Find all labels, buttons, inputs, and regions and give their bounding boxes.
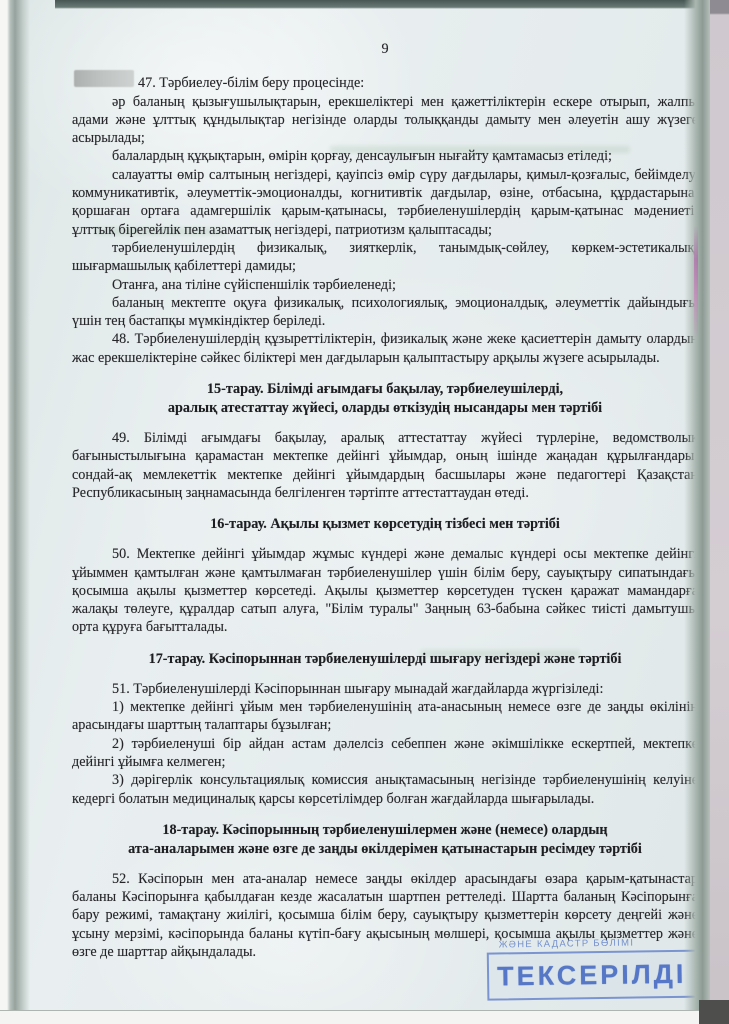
paragraph-47-intro: 47. Тәрбиелеу-білім беру процесінде: <box>72 74 698 92</box>
page-edge-right <box>684 0 710 1024</box>
stamp-status-text: ТЕКСЕРІЛДІ <box>497 958 687 992</box>
paragraph-47-sub-1: әр баланың қызығушылықтарын, ерекшелікте… <box>72 93 698 148</box>
page-number: 9 <box>72 40 698 58</box>
chapter-18-heading: 18-тарау. Кәсіпорынның тәрбиеленушілерме… <box>80 821 690 859</box>
scan-margin-right <box>710 0 729 1024</box>
paragraph-47-sub-6: баланың мектепте оқуға физикалық, психол… <box>72 294 698 331</box>
paragraph-50: 50. Мектепке дейінгі ұйымдар жұмыс күнде… <box>72 545 698 636</box>
paragraph-51-item-2: 2) тәрбиеленуші бір айдан астам дәлелсіз… <box>72 735 698 772</box>
book-spine-shadow <box>0 0 30 1024</box>
corner-shadow-block <box>699 1000 729 1024</box>
paragraph-47-sub-3: салауатты өмір салтының негіздері, қауіп… <box>72 166 698 239</box>
paragraph-47-sub-4: тәрбиеленушілердің физикалық, зияткерлік… <box>72 239 698 276</box>
chapter-17-heading: 17-тарау. Кәсіпорыннан тәрбиеленушілерді… <box>80 650 690 669</box>
chapter-16-heading: 16-тарау. Ақылы қызмет көрсетудің тізбес… <box>80 515 690 534</box>
document-text-column: 9 47. Тәрбиелеу-білім беру процесінде: ә… <box>72 40 698 961</box>
magenta-edge-mark <box>694 225 698 340</box>
bottom-scan-strip <box>0 1010 729 1024</box>
paragraph-51-intro: 51. Тәрбиеленушілерді Кәсіпорыннан шығар… <box>72 680 698 698</box>
scanned-document-page: 9 47. Тәрбиелеу-білім беру процесінде: ә… <box>0 0 729 1024</box>
paragraph-47-sub-5: Отанға, ана тіліне сүйіспеншілік тәрбиел… <box>72 276 698 294</box>
paragraph-49: 49. Білімді ағымдағы бақылау, аралық атт… <box>72 429 698 502</box>
top-edge-shadow <box>55 0 713 9</box>
paragraph-47-sub-2: балалардың құқықтарын, өмірін қорғау, де… <box>72 147 698 165</box>
paragraph-51-item-3: 3) дәрігерлік консультациялық комиссия а… <box>72 771 698 808</box>
chapter-15-heading: 15-тарау. Білімді ағымдағы бақылау, тәрб… <box>80 380 690 418</box>
paragraph-48: 48. Тәрбиеленушілердің құзыреттіліктерін… <box>72 330 698 367</box>
paragraph-51-item-1: 1) мектепке дейінгі ұйым мен тәрбиеленуш… <box>72 698 698 735</box>
